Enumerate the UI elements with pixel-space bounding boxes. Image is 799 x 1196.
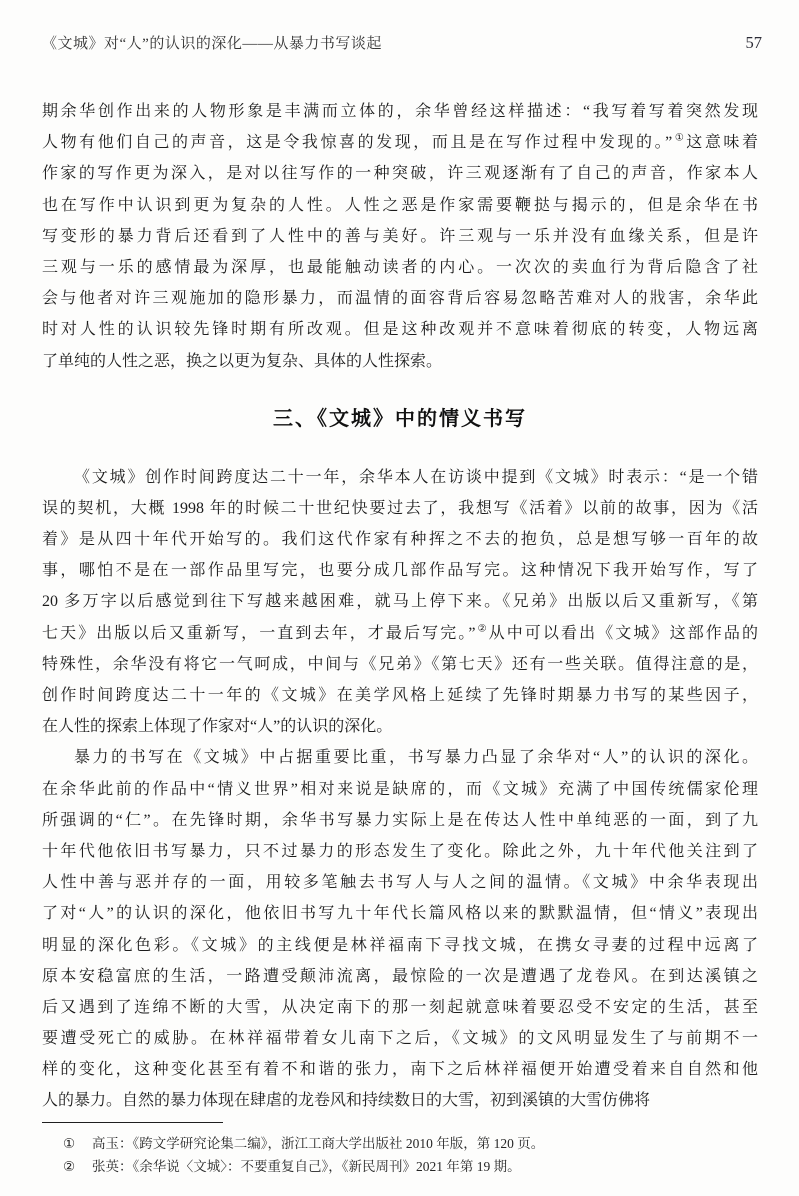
footnote-marker: ② [42, 1155, 92, 1178]
text-line: 时对人性的认识较先锋时期有所改观。但是这种改观并不意味着彻底的转变，人物远离 [42, 314, 758, 345]
page-number: 57 [746, 32, 763, 54]
text-line: 事，哪怕不是在一部作品里写完，也要分成几部作品写完。这种情况下我开始写作，写了 [42, 555, 758, 586]
text-line: 误的契机，大概 1998 年的时候二十世纪快要过去了，我想写《活着》以前的故事，… [42, 493, 758, 524]
text-line: 明显的深化色彩。《文城》的主线便是林祥福南下寻找文城，在携女寻妻的过程中远离了 [42, 930, 758, 961]
running-head: 《文城》对“人”的认识的深化——从暴力书写谈起 57 [42, 32, 762, 55]
text-line: 会与他者对许三观施加的隐形暴力，而温情的面容背后容易忽略苦难对人的戕害，余华此 [42, 283, 758, 314]
text-line: 在人性的探索上体现了作家对“人”的认识的深化。 [42, 711, 758, 742]
text-line: 在余华此前的作品中“情义世界”相对来说是缺席的，而《文城》充满了中国传统儒家伦理 [42, 774, 758, 805]
running-title: 《文城》对“人”的认识的深化——从暴力书写谈起 [42, 33, 382, 55]
footnote-text: 高玉：《跨文学研究论集二编》，浙江工商大学出版社 2010 年版，第 120 页… [92, 1132, 758, 1155]
text-line: 人物有他们自己的声音，这是令我惊喜的发现，而且是在写作过程中发现的。”①这意味着 [42, 127, 758, 158]
text-line: 也在写作中认识到更为复杂的人性。人性之恶是作家需要鞭挞与揭示的，但是余华在书 [42, 190, 758, 221]
text-line: 要遭受死亡的威胁。在林祥福带着女儿南下之后，《文城》的文风明显发生了与前期不一 [42, 1023, 758, 1054]
text-line: 暴力的书写在《文城》中占据重要比重，书写暴力凸显了余华对“人”的认识的深化。 [42, 742, 758, 773]
paragraph: 期余华创作出来的人物形象是丰满而立体的，余华曾经这样描述：“我写着写着突然发现人… [42, 96, 758, 377]
text-line: 所强调的“仁”。在先锋时期，余华书写暴力实际上是在传达人性中单纯恶的一面，到了九 [42, 805, 758, 836]
text-line: 七天》出版以后又重新写，一直到去年，才最后写完。”②从中可以看出《文城》这部作品… [42, 618, 758, 649]
text-line: 《文城》创作时间跨度达二十一年，余华本人在访谈中提到《文城》时表示：“是一个错 [42, 462, 758, 493]
text-line: 人性中善与恶并存的一面，用较多笔触去书写人与人之间的温情。《文城》中余华表现出 [42, 867, 758, 898]
text-line: 20 多万字以后感觉到往下写越来越困难，就马上停下来。《兄弟》出版以后又重新写，… [42, 586, 758, 617]
paragraph: 暴力的书写在《文城》中占据重要比重，书写暴力凸显了余华对“人”的认识的深化。在余… [42, 742, 758, 1116]
text-line: 作家的写作更为深入，是对以往写作的一种突破，许三观逐渐有了自己的声音，作家本人 [42, 158, 758, 189]
text-line: 人的暴力。自然的暴力体现在肆虐的龙卷风和持续数日的大雪，初到溪镇的大雪仿佛将 [42, 1085, 758, 1116]
footnote-text: 张英：《余华说〈文城〉：不要重复自己》，《新民周刊》2021 年第 19 期。 [92, 1155, 758, 1178]
text-line: 创作时间跨度达二十一年的《文城》在美学风格上延续了先锋时期暴力书写的某些因子， [42, 680, 758, 711]
article-body: 期余华创作出来的人物形象是丰满而立体的，余华曾经这样描述：“我写着写着突然发现人… [42, 96, 758, 1117]
paragraph: 《文城》创作时间跨度达二十一年，余华本人在访谈中提到《文城》时表示：“是一个错误… [42, 462, 758, 743]
text-line: 后又遇到了连绵不断的大雪，从决定南下的那一刻起就意味着要忍受不安定的生活，甚至 [42, 992, 758, 1023]
text-line: 了对“人”的认识的深化，他依旧书写九十年代长篇风格以来的默默温情，但“情义”表现… [42, 898, 758, 929]
footnote-ref: ② [476, 623, 489, 634]
footnote-item: ①高玉：《跨文学研究论集二编》，浙江工商大学出版社 2010 年版，第 120 … [42, 1132, 758, 1155]
footnote-ref: ① [672, 133, 686, 144]
journal-page: 《文城》对“人”的认识的深化——从暴力书写谈起 57 期余华创作出来的人物形象是… [0, 0, 799, 1196]
text-line: 样的变化，这种变化甚至有着不和谐的张力，南下之后林祥福便开始遭受着来自自然和他 [42, 1054, 758, 1085]
text-line: 十年代他依旧书写暴力，只不过暴力的形态发生了变化。除此之外，九十年代他关注到了 [42, 836, 758, 867]
footnote-item: ②张英：《余华说〈文城〉：不要重复自己》，《新民周刊》2021 年第 19 期。 [42, 1155, 758, 1178]
text-line: 着》是从四十年代开始写的。我们这代作家有种挥之不去的抱负，总是想写够一百年的故 [42, 524, 758, 555]
text-line: 原本安稳富庶的生活，一路遭受颠沛流离，最惊险的一次是遭遇了龙卷风。在到达溪镇之 [42, 961, 758, 992]
footnote-marker: ① [42, 1132, 92, 1155]
text-line: 期余华创作出来的人物形象是丰满而立体的，余华曾经这样描述：“我写着写着突然发现 [42, 96, 758, 127]
footnote-list: ①高玉：《跨文学研究论集二编》，浙江工商大学出版社 2010 年版，第 120 … [42, 1132, 758, 1178]
text-line: 了单纯的人性之恶，换之以更为复杂、具体的人性探索。 [42, 346, 758, 377]
text-line: 特殊性，余华没有将它一气呵成，中间与《兄弟》《第七天》还有一些关联。值得注意的是… [42, 649, 758, 680]
text-line: 写变形的暴力背后还看到了人性中的善与美好。许三观与一乐并没有血缘关系，但是许 [42, 221, 758, 252]
footnote-divider [42, 1122, 223, 1123]
section-heading: 三、《文城》中的情义书写 [42, 404, 758, 435]
text-line: 三观与一乐的感情最为深厚，也最能触动读者的内心。一次次的卖血行为背后隐含了社 [42, 252, 758, 283]
